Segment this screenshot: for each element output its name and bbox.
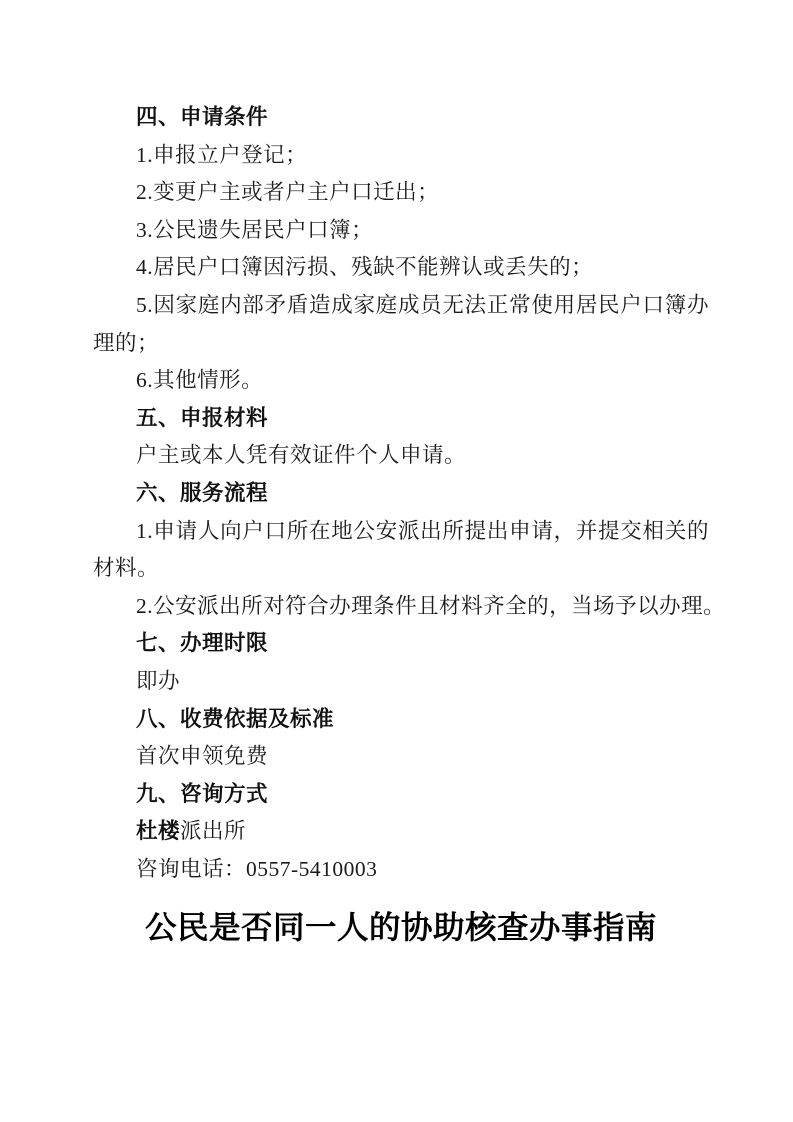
body-paragraph: 1.申请人向户口所在地公安派出所提出申请，并提交相关的材料。: [93, 513, 709, 588]
body-paragraph: 2.公安派出所对符合办理条件且材料齐全的，当场予以办理。: [93, 588, 709, 626]
document-page: 四、申请条件1.申报立户登记；2.变更户主或者户主户口迁出；3.公民遗失居民户口…: [0, 0, 793, 1122]
body-paragraph: 户主或本人凭有效证件个人申请。: [93, 437, 709, 475]
section-heading: 六、服务流程: [93, 475, 709, 513]
body-paragraph: 1.申报立户登记；: [93, 137, 709, 175]
section-heading: 五、申报材料: [93, 400, 709, 438]
body-paragraph: 咨询电话：0557-5410003: [93, 851, 709, 889]
section-heading: 七、办理时限: [93, 625, 709, 663]
body-paragraph: 4.居民户口簿因污损、残缺不能辨认或丢失的；: [93, 249, 709, 287]
document-content: 四、申请条件1.申报立户登记；2.变更户主或者户主户口迁出；3.公民遗失居民户口…: [93, 99, 709, 950]
station-line: 杜楼派出所: [93, 813, 709, 851]
section-heading: 四、申请条件: [93, 99, 709, 137]
body-paragraph: 5.因家庭内部矛盾造成家庭成员无法正常使用居民户口簿办理的；: [93, 287, 709, 362]
document-title: 公民是否同一人的协助核查办事指南: [93, 906, 709, 950]
station-name-bold: 杜楼: [136, 819, 180, 843]
body-paragraph: 3.公民遗失居民户口簿；: [93, 212, 709, 250]
body-paragraph: 即办: [93, 663, 709, 701]
body-paragraph: 首次申领免费: [93, 738, 709, 776]
section-heading: 八、收费依据及标准: [93, 701, 709, 739]
section-heading: 九、咨询方式: [93, 776, 709, 814]
station-name-regular: 派出所: [180, 819, 246, 843]
body-paragraph: 2.变更户主或者户主户口迁出；: [93, 174, 709, 212]
body-paragraph: 6.其他情形。: [93, 362, 709, 400]
